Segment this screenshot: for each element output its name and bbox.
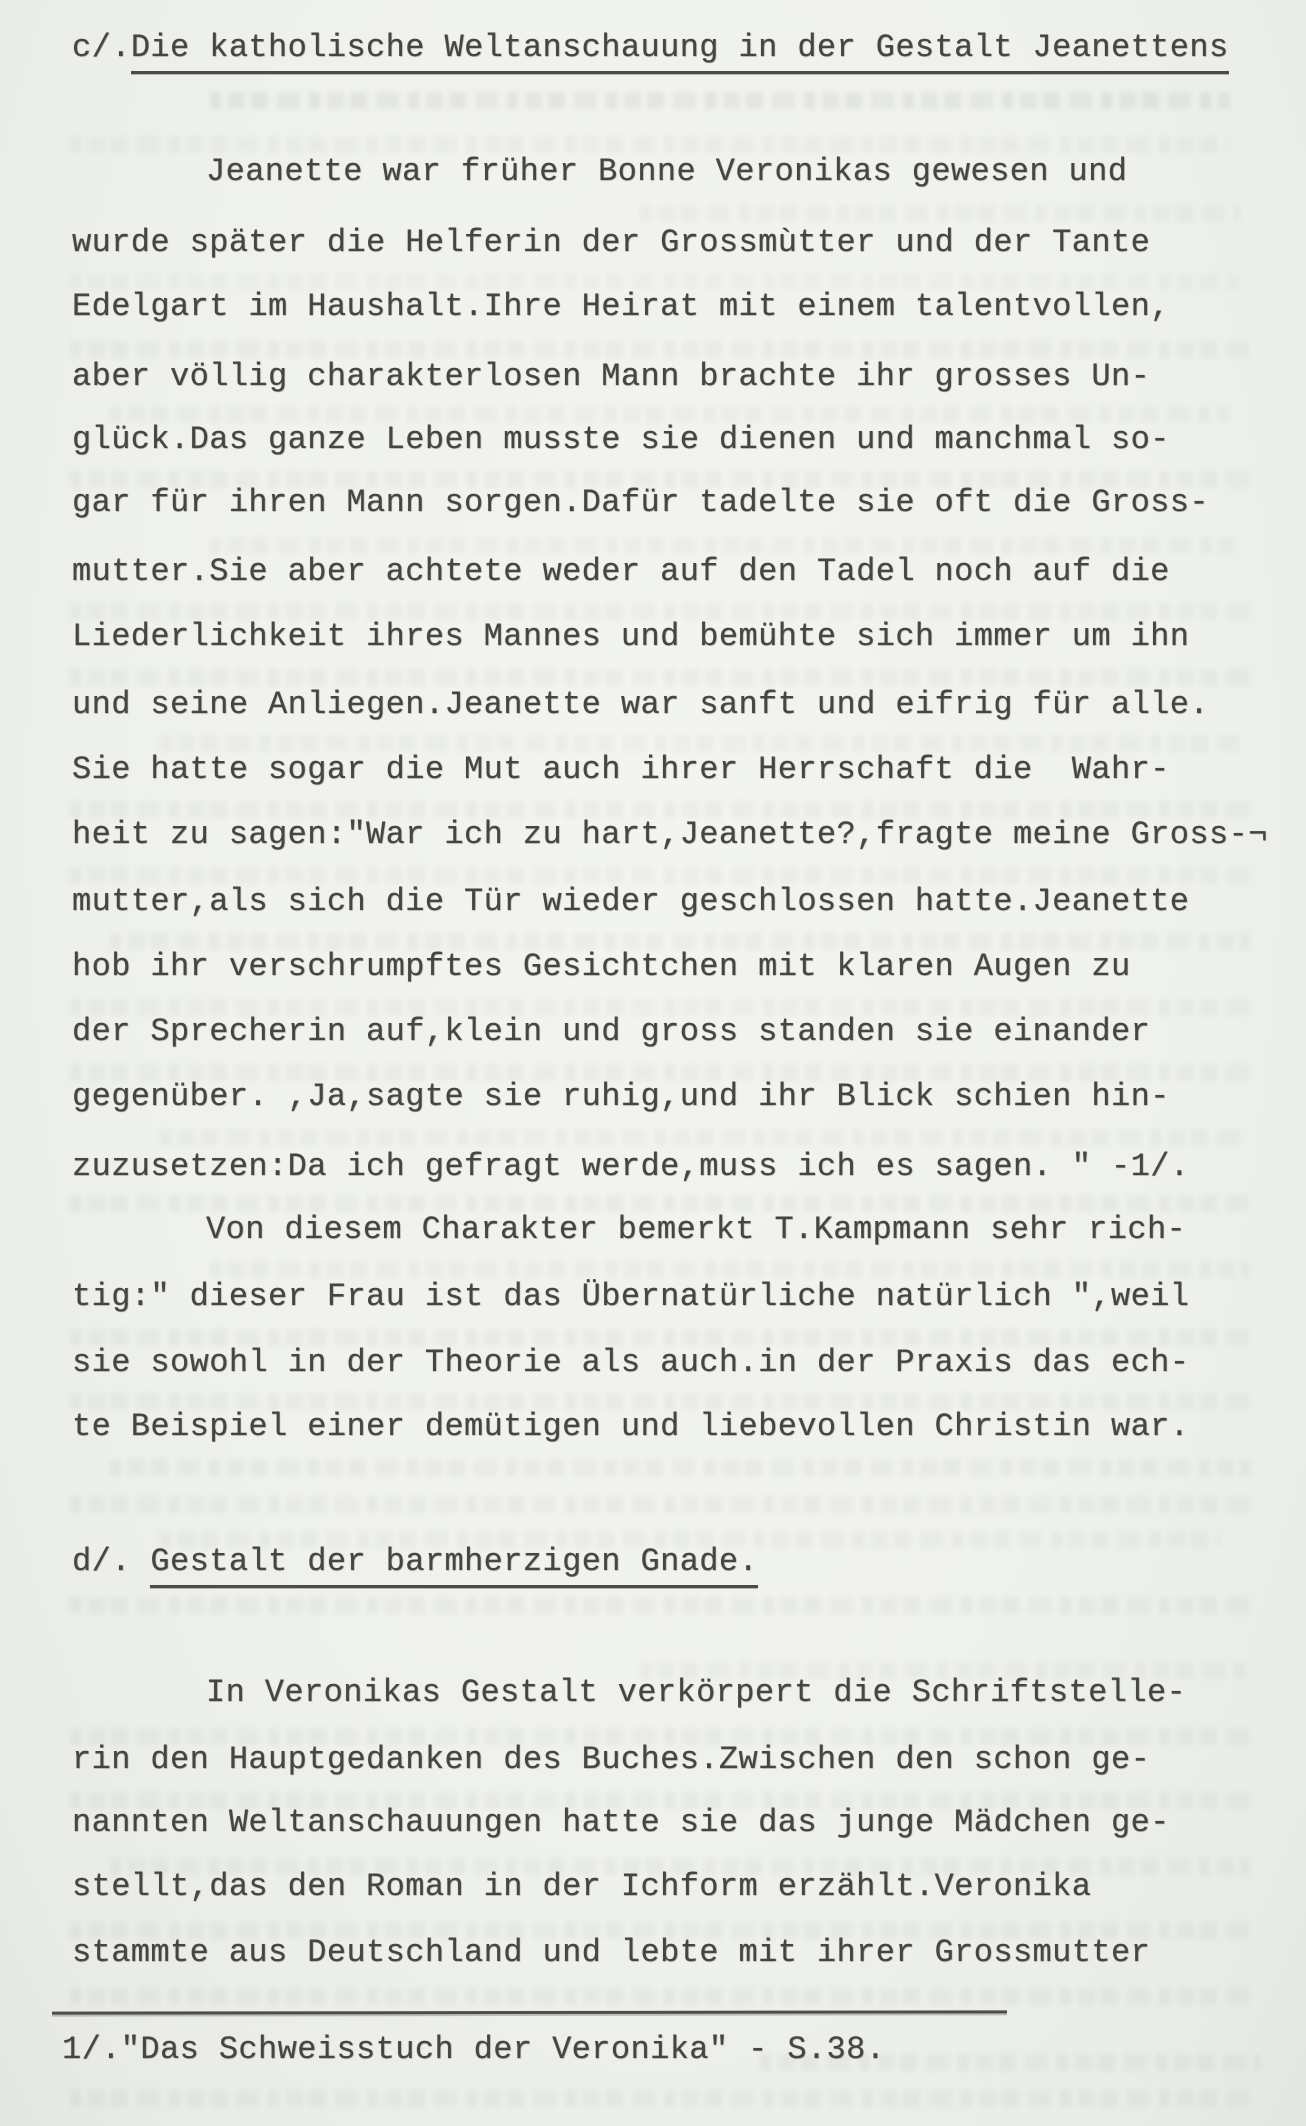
text-line: gar für ihren Mann sorgen.Dafür tadelte …	[72, 480, 1209, 526]
text-line: rin den Hauptgedanken des Buches.Zwische…	[72, 1737, 1150, 1783]
text-line: mutter.Sie aber achtete weder auf den Ta…	[72, 549, 1170, 595]
ghost-bleedthrough-stripe	[210, 92, 1230, 109]
text-line: Von diesem Charakter bemerkt T.Kampmann …	[72, 1207, 1186, 1253]
ghost-bleedthrough-stripe	[110, 1459, 1250, 1476]
section-heading-d: d/. Gestalt der barmherzigen Gnade.	[72, 1539, 758, 1585]
text-line: Liederlichkeit ihres Mannes und bemühte …	[72, 614, 1189, 660]
text-line: zuzusetzen:Da ich gefragt werde,muss ich…	[72, 1144, 1189, 1190]
text-line: Jeanette war früher Bonne Veronikas gewe…	[72, 149, 1127, 195]
text-line: mutter,als sich die Tür wieder geschloss…	[72, 879, 1189, 925]
text-line: aber völlig charakterlosen Mann brachte …	[72, 354, 1150, 400]
text-line: Edelgart im Haushalt.Ihre Heirat mit ein…	[72, 284, 1170, 330]
text-line: und seine Anliegen.Jeanette war sanft un…	[72, 682, 1209, 728]
text-line: hob ihr verschrumpftes Gesichtchen mit k…	[72, 944, 1131, 990]
ghost-bleedthrough-stripe	[70, 1496, 1250, 1513]
text-line: wurde später die Helferin der Grossmùtte…	[72, 220, 1150, 266]
text-line: der Sprecherin auf,klein und gross stand…	[72, 1009, 1150, 1055]
text-line: nannten Weltanschauungen hatte sie das j…	[72, 1800, 1170, 1846]
text-line: te Beispiel einer demütigen und liebevol…	[72, 1404, 1189, 1450]
footnote-separator	[52, 2010, 1007, 2014]
ghost-bleedthrough-stripe	[70, 2090, 1250, 2107]
ghost-bleedthrough-stripe	[70, 1988, 1250, 2005]
section-heading-c: c/.Die katholische Weltanschauung in der…	[72, 25, 1229, 71]
heading-d-prefix: d/.	[72, 1543, 150, 1580]
text-line: stellt,das den Roman in der Ichform erzä…	[72, 1864, 1091, 1910]
text-line: stammte aus Deutschland und lebte mit ih…	[72, 1930, 1150, 1976]
text-line: heit zu sagen:"War ich zu hart,Jeanette?…	[72, 812, 1268, 858]
footnote-text: 1/."Das Schweisstuch der Veronika" - S.3…	[62, 2027, 885, 2073]
text-line: Sie hatte sogar die Mut auch ihrer Herrs…	[72, 747, 1170, 793]
heading-c-prefix: c/.	[72, 29, 131, 66]
heading-c-title: Die katholische Weltanschauung in der Ge…	[131, 29, 1229, 74]
typewritten-page: c/.Die katholische Weltanschauung in der…	[0, 0, 1306, 2126]
text-line: In Veronikas Gestalt verkörpert die Schr…	[72, 1670, 1186, 1716]
ghost-bleedthrough-stripe	[70, 1597, 1250, 1614]
text-line: gegenüber. ,Ja,sagte sie ruhig,und ihr B…	[72, 1074, 1170, 1120]
text-line: tig:" dieser Frau ist das Übernatürliche…	[72, 1274, 1189, 1320]
text-line: sie sowohl in der Theorie als auch.in de…	[72, 1340, 1189, 1386]
heading-d-title: Gestalt der barmherzigen Gnade.	[150, 1543, 758, 1588]
text-line: glück.Das ganze Leben musste sie dienen …	[72, 417, 1170, 463]
